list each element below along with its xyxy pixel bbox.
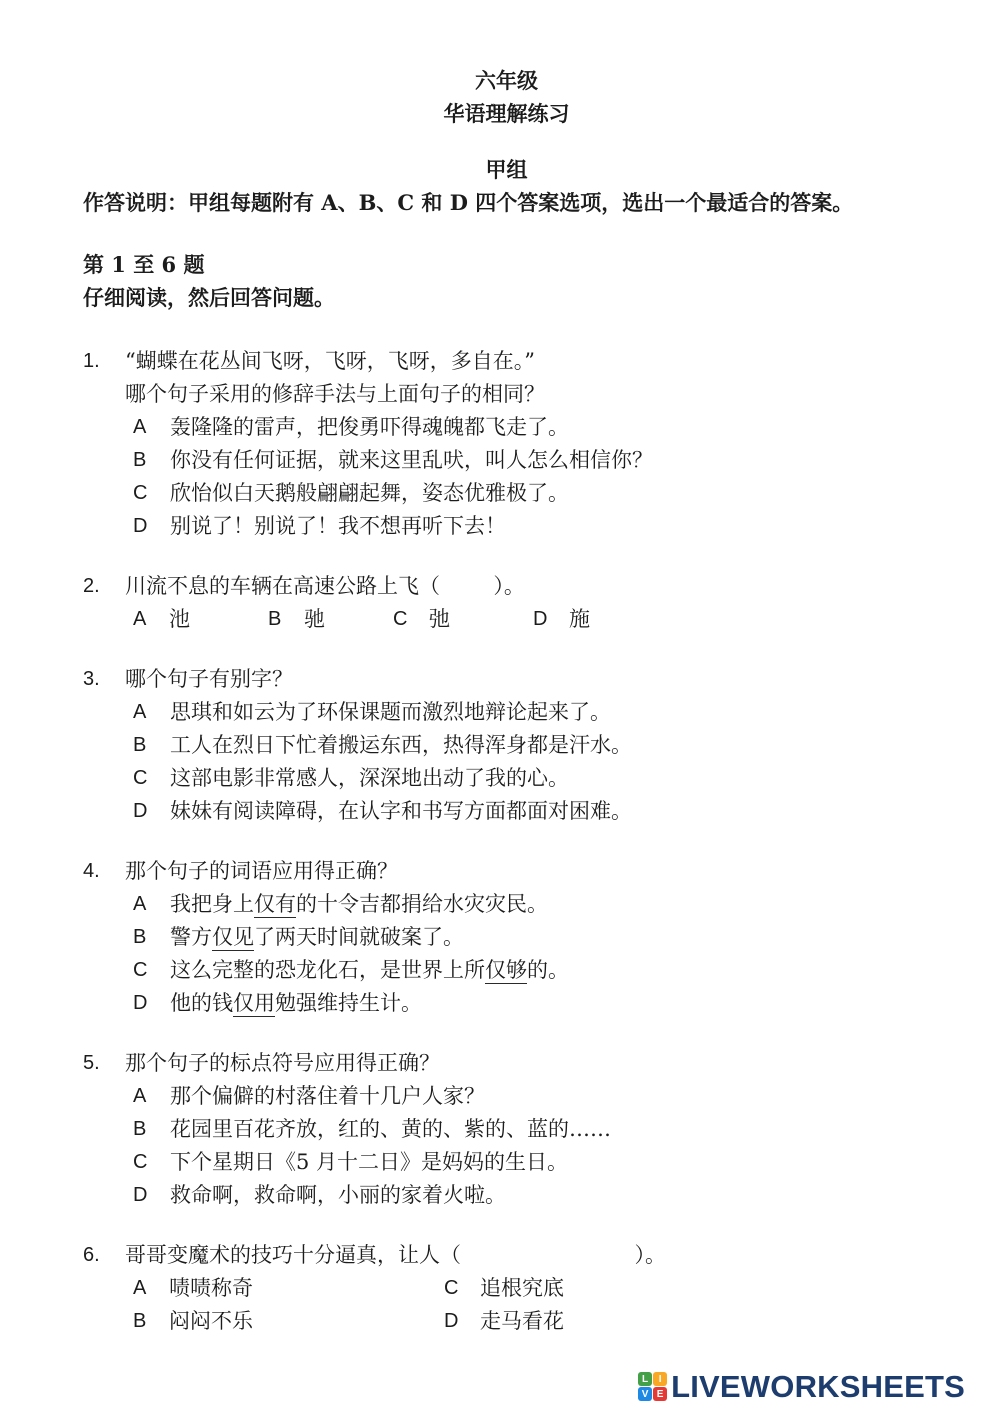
option-a: A 我把身上仅有的十令吉都捐给水灾灾民。	[125, 888, 930, 921]
option-c: C 这部电影非常感人，深深地出动了我的心。	[125, 762, 930, 795]
option-text: 弛	[429, 603, 450, 636]
option-label: C	[133, 477, 170, 510]
option-label: B	[268, 603, 304, 636]
question-5: 5. 那个句子的标点符号应用得正确？ A 那个偏僻的村落住着十几户人家？ B 花…	[83, 1047, 930, 1212]
option-text-pre: 我把身上	[170, 892, 254, 916]
instructions-text: 作答说明：甲组每题附有 A、B、C 和 D 四个答案选项，选出一个最适合的答案。	[83, 186, 930, 219]
question-stem: 哥哥变魔术的技巧十分逼真，让人（ ）。	[125, 1239, 930, 1272]
option-label: B	[133, 1305, 169, 1338]
logo-tile-i: I	[653, 1372, 667, 1386]
question-stem-line2: 哪个句子采用的修辞手法与上面句子的相同？	[125, 378, 930, 411]
underlined-word: 仅够	[485, 958, 527, 984]
option-text: 追根究底	[480, 1272, 564, 1305]
option-text-pre: 警方	[170, 925, 212, 949]
option-text-pre: 他的钱	[170, 991, 233, 1015]
option-c: C 欣怡似白天鹅般翩翩起舞，姿态优雅极了。	[125, 477, 930, 510]
worksheet-title: 华语理解练习	[83, 97, 930, 130]
question-4: 4. 那个句子的词语应用得正确？ A 我把身上仅有的十令吉都捐给水灾灾民。 B …	[83, 855, 930, 1020]
option-text-post: 的。	[527, 958, 569, 982]
option-b: B 工人在烈日下忙着搬运东西，热得浑身都是汗水。	[125, 729, 930, 762]
option-a: A 那个偏僻的村落住着十几户人家？	[125, 1080, 930, 1113]
question-stem: 哪个句子有别字？	[125, 663, 930, 696]
underlined-word: 仅有	[254, 892, 296, 918]
option-text-pre: 这么完整的恐龙化石，是世界上所	[170, 958, 485, 982]
option-text: 思琪和如云为了环保课题而激烈地辩论起来了。	[170, 696, 611, 729]
option-label: C	[133, 1146, 170, 1179]
option-text: 花园里百花齐放，红的、黄的、紫的、蓝的……	[170, 1113, 611, 1146]
option-c: C 下个星期日《5 月十二日》是妈妈的生日。	[125, 1146, 930, 1179]
logo-tile-grid: L I V E	[638, 1372, 667, 1401]
option-text: 驰	[304, 603, 325, 636]
option-label: A	[133, 1272, 169, 1305]
option-text: 走马看花	[480, 1305, 564, 1338]
option-label: A	[133, 696, 170, 729]
question-range-note: 仔细阅读，然后回答问题。	[83, 281, 930, 314]
option-label: D	[533, 603, 569, 636]
option-label: A	[133, 603, 169, 636]
option-d: D 妹妹有阅读障碍，在认字和书写方面都面对困难。	[125, 795, 930, 828]
question-stem-line1: “蝴蝶在花丛间飞呀，飞呀，飞呀，多自在。”	[125, 345, 930, 378]
question-stem: 那个句子的标点符号应用得正确？	[125, 1047, 930, 1080]
question-number: 2.	[83, 570, 125, 636]
option-label: D	[133, 510, 170, 543]
option-label: A	[133, 411, 170, 444]
option-d: D 他的钱仅用勉强维持生计。	[125, 987, 930, 1020]
option-b: B 驰	[268, 603, 393, 636]
option-b: B 警方仅见了两天时间就破案了。	[125, 921, 930, 954]
grade-title: 六年级	[83, 64, 930, 97]
option-text: 别说了！别说了！我不想再听下去！	[170, 510, 506, 543]
option-b: B 你没有任何证据，就来这里乱吠，叫人怎么相信你？	[125, 444, 930, 477]
option-text: 啧啧称奇	[169, 1272, 253, 1305]
option-text: 那个偏僻的村落住着十几户人家？	[170, 1080, 485, 1113]
option-text: 我把身上仅有的十令吉都捐给水灾灾民。	[170, 888, 548, 921]
question-2: 2. 川流不息的车辆在高速公路上飞（ ）。 A 池 B 驰 C 弛 D	[83, 570, 930, 636]
option-c: C 追根究底	[444, 1272, 930, 1305]
logo-tile-e: E	[653, 1387, 667, 1401]
question-number: 4.	[83, 855, 125, 1020]
question-1: 1. “蝴蝶在花丛间飞呀，飞呀，飞呀，多自在。” 哪个句子采用的修辞手法与上面句…	[83, 345, 930, 543]
option-label: B	[133, 444, 170, 477]
option-d: D 走马看花	[444, 1305, 930, 1338]
option-text: 池	[169, 603, 190, 636]
option-text: 闷闷不乐	[169, 1305, 253, 1338]
question-stem: 川流不息的车辆在高速公路上飞（ ）。	[125, 570, 930, 603]
option-label: C	[133, 954, 170, 987]
option-label: B	[133, 729, 170, 762]
option-label: B	[133, 921, 170, 954]
question-3: 3. 哪个句子有别字？ A 思琪和如云为了环保课题而激烈地辩论起来了。 B 工人…	[83, 663, 930, 828]
option-label: D	[133, 1179, 170, 1212]
option-text: 这部电影非常感人，深深地出动了我的心。	[170, 762, 569, 795]
option-b: B 闷闷不乐	[133, 1305, 444, 1338]
option-b: B 花园里百花齐放，红的、黄的、紫的、蓝的……	[125, 1113, 930, 1146]
option-c: C 弛	[393, 603, 533, 636]
option-c: C 这么完整的恐龙化石，是世界上所仅够的。	[125, 954, 930, 987]
option-a: A 啧啧称奇	[133, 1272, 444, 1305]
question-6: 6. 哥哥变魔术的技巧十分逼真，让人（ ）。 A 啧啧称奇 C 追根究底 B 闷…	[83, 1239, 930, 1338]
option-label: C	[133, 762, 170, 795]
option-text: 警方仅见了两天时间就破案了。	[170, 921, 464, 954]
underlined-word: 仅用	[233, 991, 275, 1017]
logo-tile-l: L	[638, 1372, 652, 1386]
question-number: 1.	[83, 345, 125, 543]
option-label: B	[133, 1113, 170, 1146]
option-text: 这么完整的恐龙化石，是世界上所仅够的。	[170, 954, 569, 987]
section-heading: 甲组	[83, 153, 930, 186]
option-text: 工人在烈日下忙着搬运东西，热得浑身都是汗水。	[170, 729, 632, 762]
option-text: 施	[569, 603, 590, 636]
option-text: 欣怡似白天鹅般翩翩起舞，姿态优雅极了。	[170, 477, 569, 510]
option-grid: A 啧啧称奇 C 追根究底 B 闷闷不乐 D 走马看花	[125, 1272, 930, 1338]
logo-tile-v: V	[638, 1387, 652, 1401]
underlined-word: 仅见	[212, 925, 254, 951]
option-text: 妹妹有阅读障碍，在认字和书写方面都面对困难。	[170, 795, 632, 828]
option-label: D	[133, 795, 170, 828]
option-text: 轰隆隆的雷声，把俊勇吓得魂魄都飞走了。	[170, 411, 569, 444]
question-range-heading: 第 1 至 6 题	[83, 248, 930, 281]
option-text: 他的钱仅用勉强维持生计。	[170, 987, 422, 1020]
option-label: D	[133, 987, 170, 1020]
option-text: 救命啊，救命啊，小丽的家着火啦。	[170, 1179, 506, 1212]
option-text-post: 勉强维持生计。	[275, 991, 422, 1015]
option-text-post: 了两天时间就破案了。	[254, 925, 464, 949]
option-d: D 别说了！别说了！我不想再听下去！	[125, 510, 930, 543]
question-number: 6.	[83, 1239, 125, 1338]
liveworksheets-logo[interactable]: L I V E LIVEWORKSHEETS	[638, 1371, 965, 1402]
worksheet-page: 六年级 华语理解练习 甲组 作答说明：甲组每题附有 A、B、C 和 D 四个答案…	[0, 0, 1000, 1413]
option-text: 你没有任何证据，就来这里乱吠，叫人怎么相信你？	[170, 444, 653, 477]
option-label: C	[444, 1272, 480, 1305]
logo-wordmark: LIVEWORKSHEETS	[671, 1371, 965, 1402]
question-stem: 那个句子的词语应用得正确？	[125, 855, 930, 888]
question-number: 5.	[83, 1047, 125, 1212]
option-label: D	[444, 1305, 480, 1338]
option-a: A 轰隆隆的雷声，把俊勇吓得魂魄都飞走了。	[125, 411, 930, 444]
option-text: 下个星期日《5 月十二日》是妈妈的生日。	[170, 1146, 568, 1179]
option-d: D 施	[533, 603, 590, 636]
option-text-post: 的十令吉都捐给水灾灾民。	[296, 892, 548, 916]
option-label: C	[393, 603, 429, 636]
option-label: A	[133, 888, 170, 921]
option-a: A 思琪和如云为了环保课题而激烈地辩论起来了。	[125, 696, 930, 729]
option-row: A 池 B 驰 C 弛 D 施	[125, 603, 930, 636]
question-number: 3.	[83, 663, 125, 828]
option-a: A 池	[133, 603, 268, 636]
option-d: D 救命啊，救命啊，小丽的家着火啦。	[125, 1179, 930, 1212]
option-label: A	[133, 1080, 170, 1113]
